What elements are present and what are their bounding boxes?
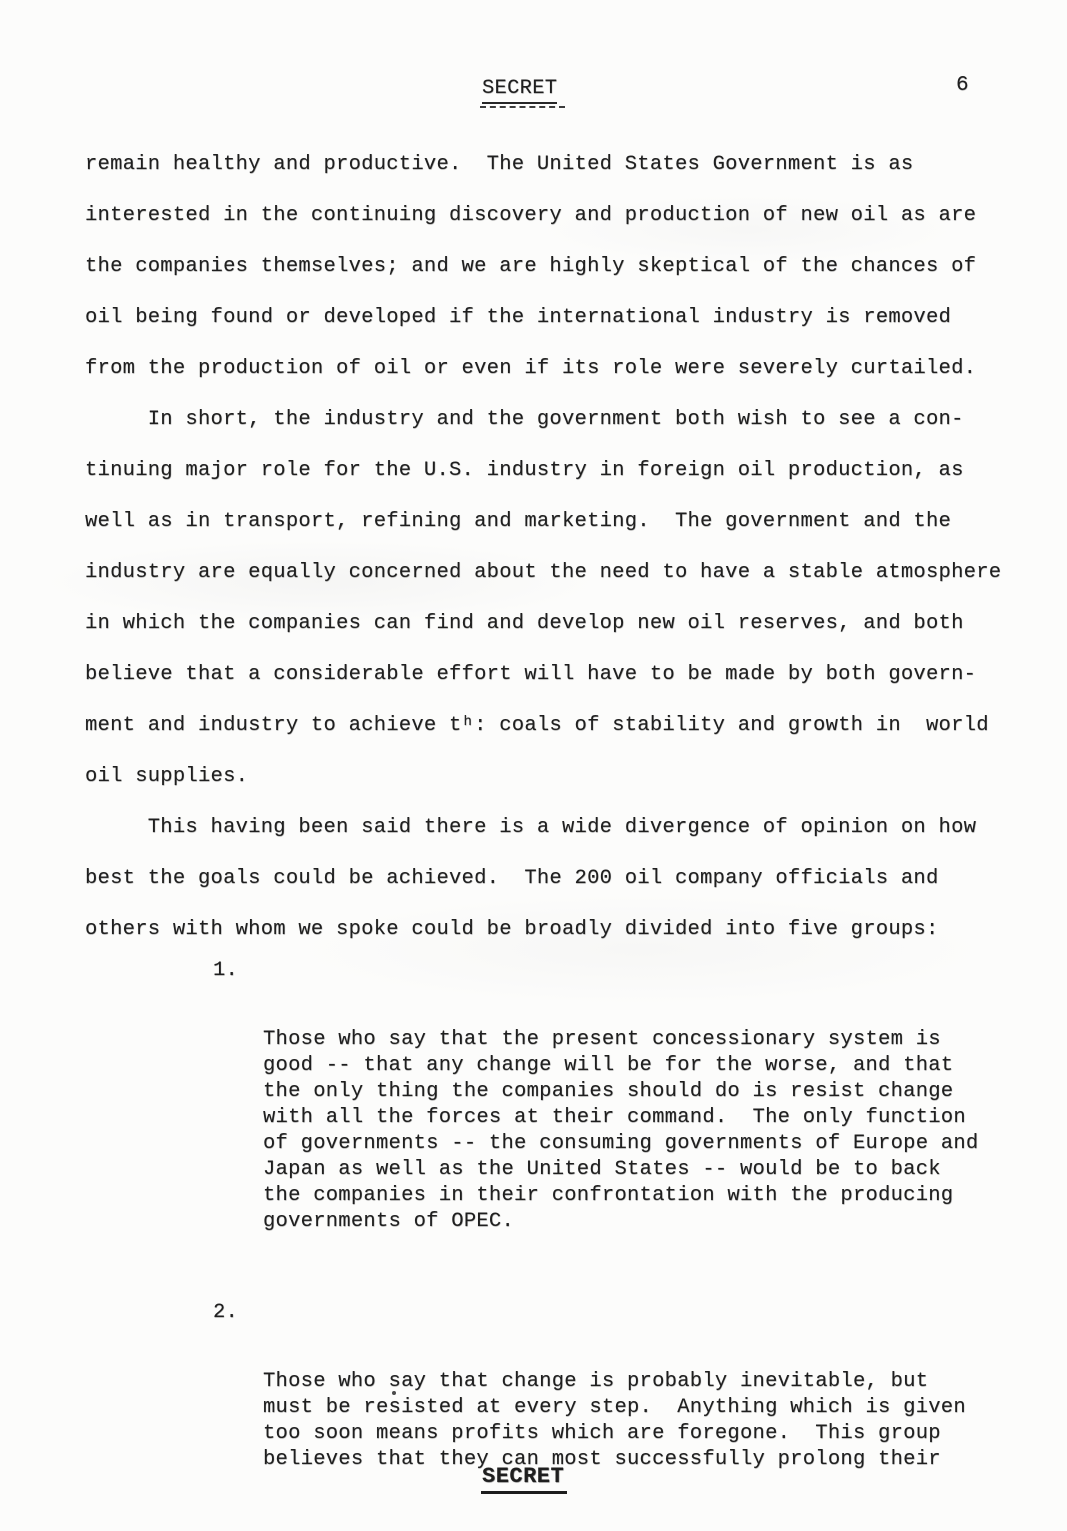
classification-header-stamp: SECRET [482,77,557,104]
text-line: industry are equally concerned about the… [85,547,1025,598]
text-line: well as in transport, refining and marke… [85,496,1025,547]
list-item-2-text: Those who say that change is probably in… [263,1369,1025,1473]
document-body: remain healthy and productive. The Unite… [85,139,1025,1519]
text-line: remain healthy and productive. The Unite… [85,139,1025,190]
text-line: the only thing the companies should do i… [263,1079,1025,1105]
text-line: good -- that any change will be for the … [263,1053,1025,1079]
text-line: believes that they can most successfully… [263,1447,1025,1473]
text-line: best the goals could be achieved. The 20… [85,853,1025,904]
text-line: must be resisted at every step. Anything… [263,1395,1025,1421]
text-line: believe that a considerable effort will … [85,649,1025,700]
text-line: In short, the industry and the governmen… [85,394,1025,445]
text-line: of governments -- the consuming governme… [263,1131,1025,1157]
text-line: Those who say that change is probably in… [263,1369,1025,1395]
classification-footer-stamp: SECRET [481,1464,567,1494]
document-page: SECRET 6 remain healthy and productive. … [0,0,1067,1531]
text-line: tinuing major role for the U.S. industry… [85,445,1025,496]
text-line: This having been said there is a wide di… [85,802,1025,853]
text-line: Japan as well as the United States -- wo… [263,1157,1025,1183]
list-item-1-number: 1. [213,958,238,984]
stray-ink-mark [392,1391,396,1395]
text-line: ment and industry to achieve tʰ: coals o… [85,700,1025,751]
text-line: the companies in their confrontation wit… [263,1183,1025,1209]
text-line: oil being found or developed if the inte… [85,292,1025,343]
text-line: in which the companies can find and deve… [85,598,1025,649]
text-line: interested in the continuing discovery a… [85,190,1025,241]
text-line: the companies themselves; and we are hig… [85,241,1025,292]
text-line: governments of OPEC. [263,1209,1025,1235]
text-line: others with whom we spoke could be broad… [85,904,1025,955]
text-line: from the production of oil or even if it… [85,343,1025,394]
list-item-2-number: 2. [213,1300,238,1326]
body-paragraphs: remain healthy and productive. The Unite… [85,139,1025,955]
page-number: 6 [956,74,969,97]
text-line: too soon means profits which are foregon… [263,1421,1025,1447]
list-item-1-text: Those who say that the present concessio… [263,1027,1025,1235]
list-item-1: 1. Those who say that the present conces… [213,958,1025,1281]
text-line: Those who say that the present concessio… [263,1027,1025,1053]
list-item-2: 2. Those who say that change is probably… [213,1300,1025,1519]
text-line: with all the forces at their command. Th… [263,1105,1025,1131]
text-line: oil supplies. [85,751,1025,802]
